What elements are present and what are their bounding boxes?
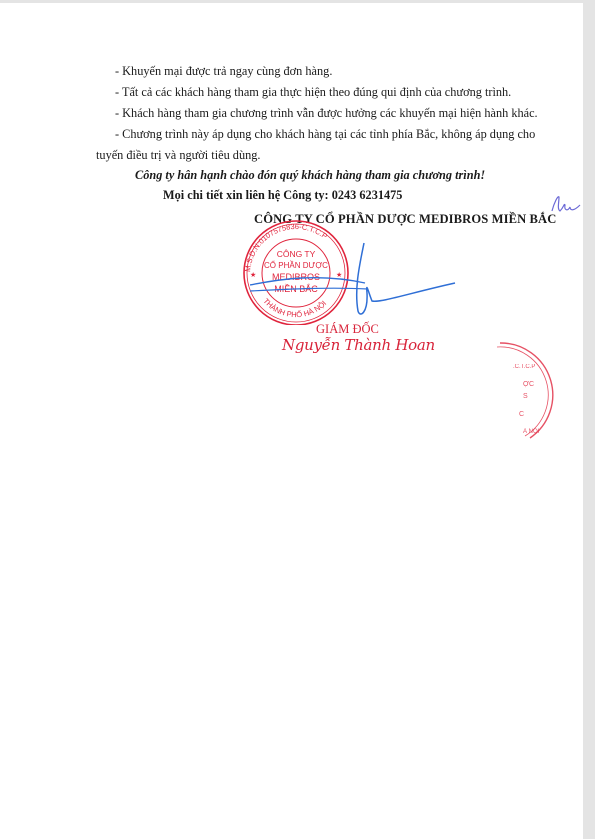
- svg-text:.C.T.C.P: .C.T.C.P: [513, 364, 535, 370]
- bullet-follow-rules: - Tất cả các khách hàng tham gia thực hi…: [115, 84, 511, 100]
- signer-name: Nguyễn Thành Hoan: [282, 337, 435, 353]
- svg-text:C: C: [519, 411, 524, 418]
- signer-title: GIÁM ĐỐC: [316, 321, 379, 337]
- svg-text:À NỘI: À NỘI: [523, 428, 540, 435]
- contact-info: Mọi chi tiết xin liên hệ Công ty: 0243 6…: [163, 187, 402, 203]
- initials-mark: [550, 193, 582, 215]
- svg-text:S: S: [523, 393, 528, 400]
- bullet-other-promotions: - Khách hàng tham gia chương trình vẫn đ…: [115, 105, 538, 121]
- partial-stamp: .C.T.C.P ỢC S C À NỘI: [495, 338, 555, 448]
- document-page: - Khuyến mại được trả ngay cùng đơn hàng…: [0, 3, 583, 839]
- svg-text:ỢC: ỢC: [523, 381, 534, 388]
- director-signature: [250, 233, 490, 323]
- bullet-scope: - Chương trình này áp dụng cho khách hàn…: [115, 126, 535, 142]
- welcome-message: Công ty hân hạnh chào đón quý khách hàng…: [135, 167, 485, 183]
- bullet-promotion-paid: - Khuyến mại được trả ngay cùng đơn hàng…: [115, 63, 332, 79]
- bullet-scope-continued: tuyến điều trị và người tiêu dùng.: [96, 147, 260, 163]
